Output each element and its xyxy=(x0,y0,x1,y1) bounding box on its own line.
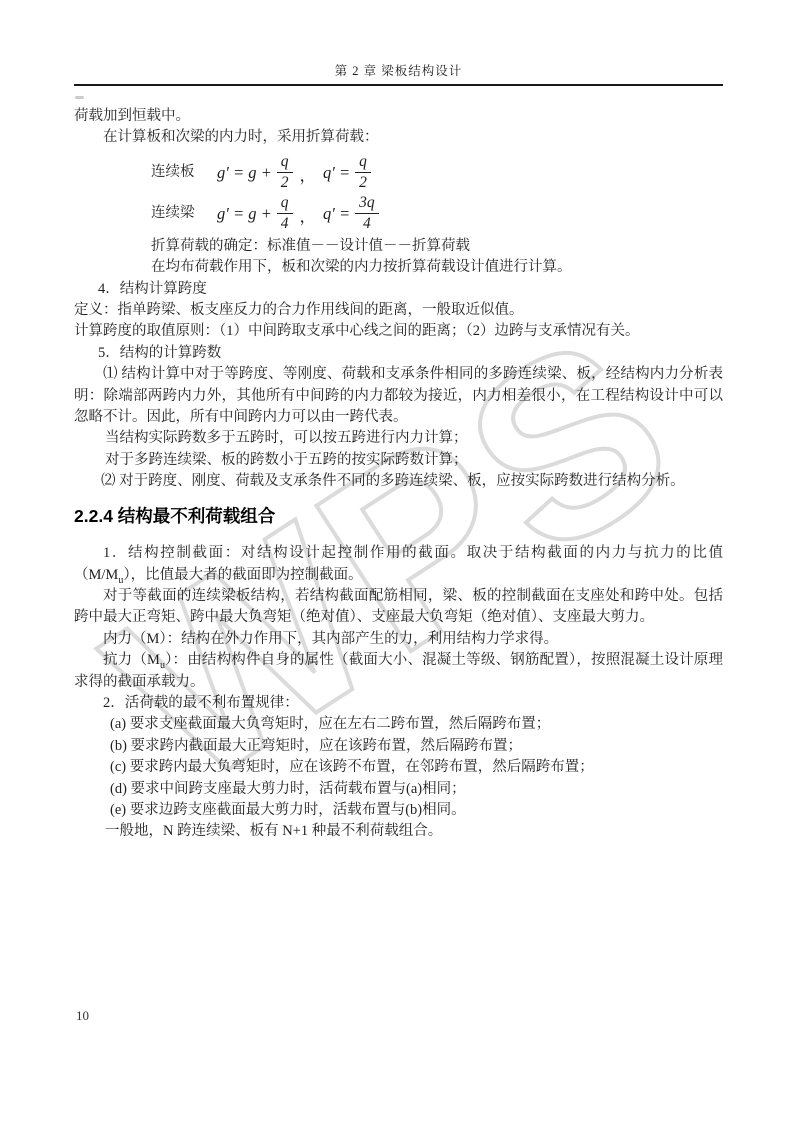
fraction: q 2 xyxy=(277,153,293,191)
formula-label: 连续梁 xyxy=(151,203,217,224)
paragraph-live-load-title: 2．活荷载的最不利布置规律： xyxy=(74,693,723,714)
equation-lhs: q′ = xyxy=(323,203,350,224)
fraction-denominator: 2 xyxy=(281,173,289,191)
section-heading-2-2-4: 2.2.4 结构最不利荷载组合 xyxy=(74,504,723,529)
list-item-4-title: 4．结构计算跨度 xyxy=(74,279,723,300)
list-item-rule-a: (a) 要求支座截面最大负弯矩时，应在左右二跨布置，然后隔跨布置； xyxy=(74,714,723,735)
paragraph-less-than-five-rule: 对于多跨连续梁、板的跨数小于五跨的按实际跨数计算； xyxy=(74,450,723,471)
text-segment: ），比值最大者的截面即为控制截面。 xyxy=(123,567,362,583)
list-item-rule-e: (e) 要求边跨支座截面最大剪力时，活载布置与(b)相同。 xyxy=(74,800,723,821)
paragraph-five-span-rule: 当结构实际跨数多于五跨时，可以按五跨进行内力计算； xyxy=(74,428,723,449)
fraction: q 4 xyxy=(277,194,293,232)
paragraph-control-section: 1．结构控制截面：对结构设计起控制作用的截面。取决于结构截面的内力与抗力的比值（… xyxy=(74,543,723,586)
paragraph-equal-span: ⑴ 结构计算中对于等跨度、等刚度、荷载和支承条件相同的多跨连续梁、板，经结构内力… xyxy=(74,364,723,428)
paragraph-conversion-note: 折算荷载的确定：标准值－－设计值－－折算荷载 xyxy=(74,236,723,257)
header-rule xyxy=(74,84,723,86)
equation-separator: ， xyxy=(300,206,317,227)
list-item-rule-d: (d) 要求中间跨支座最大剪力时，活荷载布置与(a)相同； xyxy=(74,779,723,800)
equation-separator: ， xyxy=(300,165,317,186)
list-item-rule-b: (b) 要求跨内截面最大正弯矩时，应在该跨布置，然后隔跨布置； xyxy=(74,736,723,757)
equation-lhs: g′ = g + xyxy=(217,162,272,183)
equation-lhs: g′ = g + xyxy=(217,203,272,224)
document-page: WPS 第 2 章 梁板结构设计 荷载加到恒载中。 在计算板和次梁的内力时，采用… xyxy=(0,0,793,1122)
fraction: 3q 4 xyxy=(355,194,379,232)
document-body: 荷载加到恒载中。 在计算板和次梁的内力时，采用折算荷载： 连续板 g′ = g … xyxy=(74,106,723,843)
equation-lhs: q′ = xyxy=(323,162,350,183)
paragraph-resistance: 抗力（Mu）：由结构构件自身的属性（截面大小、混凝土等级、钢筋配置），按照混凝土… xyxy=(74,650,723,693)
fraction-denominator: 4 xyxy=(363,214,371,232)
formula-label: 连续板 xyxy=(151,162,217,183)
page-number: 10 xyxy=(76,1008,89,1024)
paragraph-different-span-rule: ⑵ 对于跨度、刚度、荷载及支承条件不同的多跨连续梁、板，应按实际跨数进行结构分析… xyxy=(74,471,723,492)
text-segment: ）：由结构构件自身的属性（截面大小、混凝土等级、钢筋配置），按照混凝土设计原理求… xyxy=(74,652,723,689)
page-header: 第 2 章 梁板结构设计 xyxy=(74,61,723,79)
list-item-5-title: 5．结构的计算跨数 xyxy=(74,343,723,364)
fraction: q 2 xyxy=(355,153,371,191)
math-expression: g′ = g + q 4 ， q′ = 3q 4 xyxy=(217,194,379,232)
scan-artifact xyxy=(75,96,84,99)
math-expression: g′ = g + q 2 ， q′ = q 2 xyxy=(217,153,371,191)
fraction-numerator: q xyxy=(277,194,293,213)
text-segment: 抗力（M xyxy=(103,652,160,668)
converted-load-formulas: 连续板 g′ = g + q 2 ， q′ = q 2 连续梁 xyxy=(74,152,723,234)
paragraph-uniform-load-note: 在均布荷载作用下，板和次梁的内力按折算荷载设计值进行计算。 xyxy=(74,257,723,278)
paragraph-span-definition: 定义：指单跨梁、板支座反力的合力作用线间的距离，一般取近似值。 xyxy=(74,300,723,321)
header-title: 第 2 章 梁板结构设计 xyxy=(335,64,463,78)
fraction-numerator: q xyxy=(277,153,293,172)
fraction-numerator: 3q xyxy=(355,194,379,213)
paragraph-intro-lead: 在计算板和次梁的内力时，采用折算荷载： xyxy=(74,127,723,148)
formula-row-continuous-slab: 连续板 g′ = g + q 2 ， q′ = q 2 xyxy=(74,152,723,193)
fraction-denominator: 2 xyxy=(359,173,367,191)
paragraph-equal-section: 对于等截面的连续梁板结构，若结构截面配筋相同，梁、板的控制截面在支座处和跨中处。… xyxy=(74,586,723,629)
paragraph-span-principle: 计算跨度的取值原则：（1）中间跨取支承中心线之间的距离；（2）边跨与支承情况有关… xyxy=(74,321,723,342)
paragraph-summary: 一般地，N 跨连续梁、板有 N+1 种最不利荷载组合。 xyxy=(74,821,723,842)
paragraph-intro-continuation: 荷载加到恒载中。 xyxy=(74,106,723,127)
formula-row-continuous-beam: 连续梁 g′ = g + q 4 ， q′ = 3q 4 xyxy=(74,193,723,234)
paragraph-internal-force: 内力（M）：结构在外力作用下，其内部产生的力，利用结构力学求得。 xyxy=(74,629,723,650)
fraction-numerator: q xyxy=(355,153,371,172)
fraction-denominator: 4 xyxy=(281,214,289,232)
list-item-rule-c: (c) 要求跨内最大负弯矩时，应在该跨不布置，在邻跨布置，然后隔跨布置； xyxy=(74,757,723,778)
